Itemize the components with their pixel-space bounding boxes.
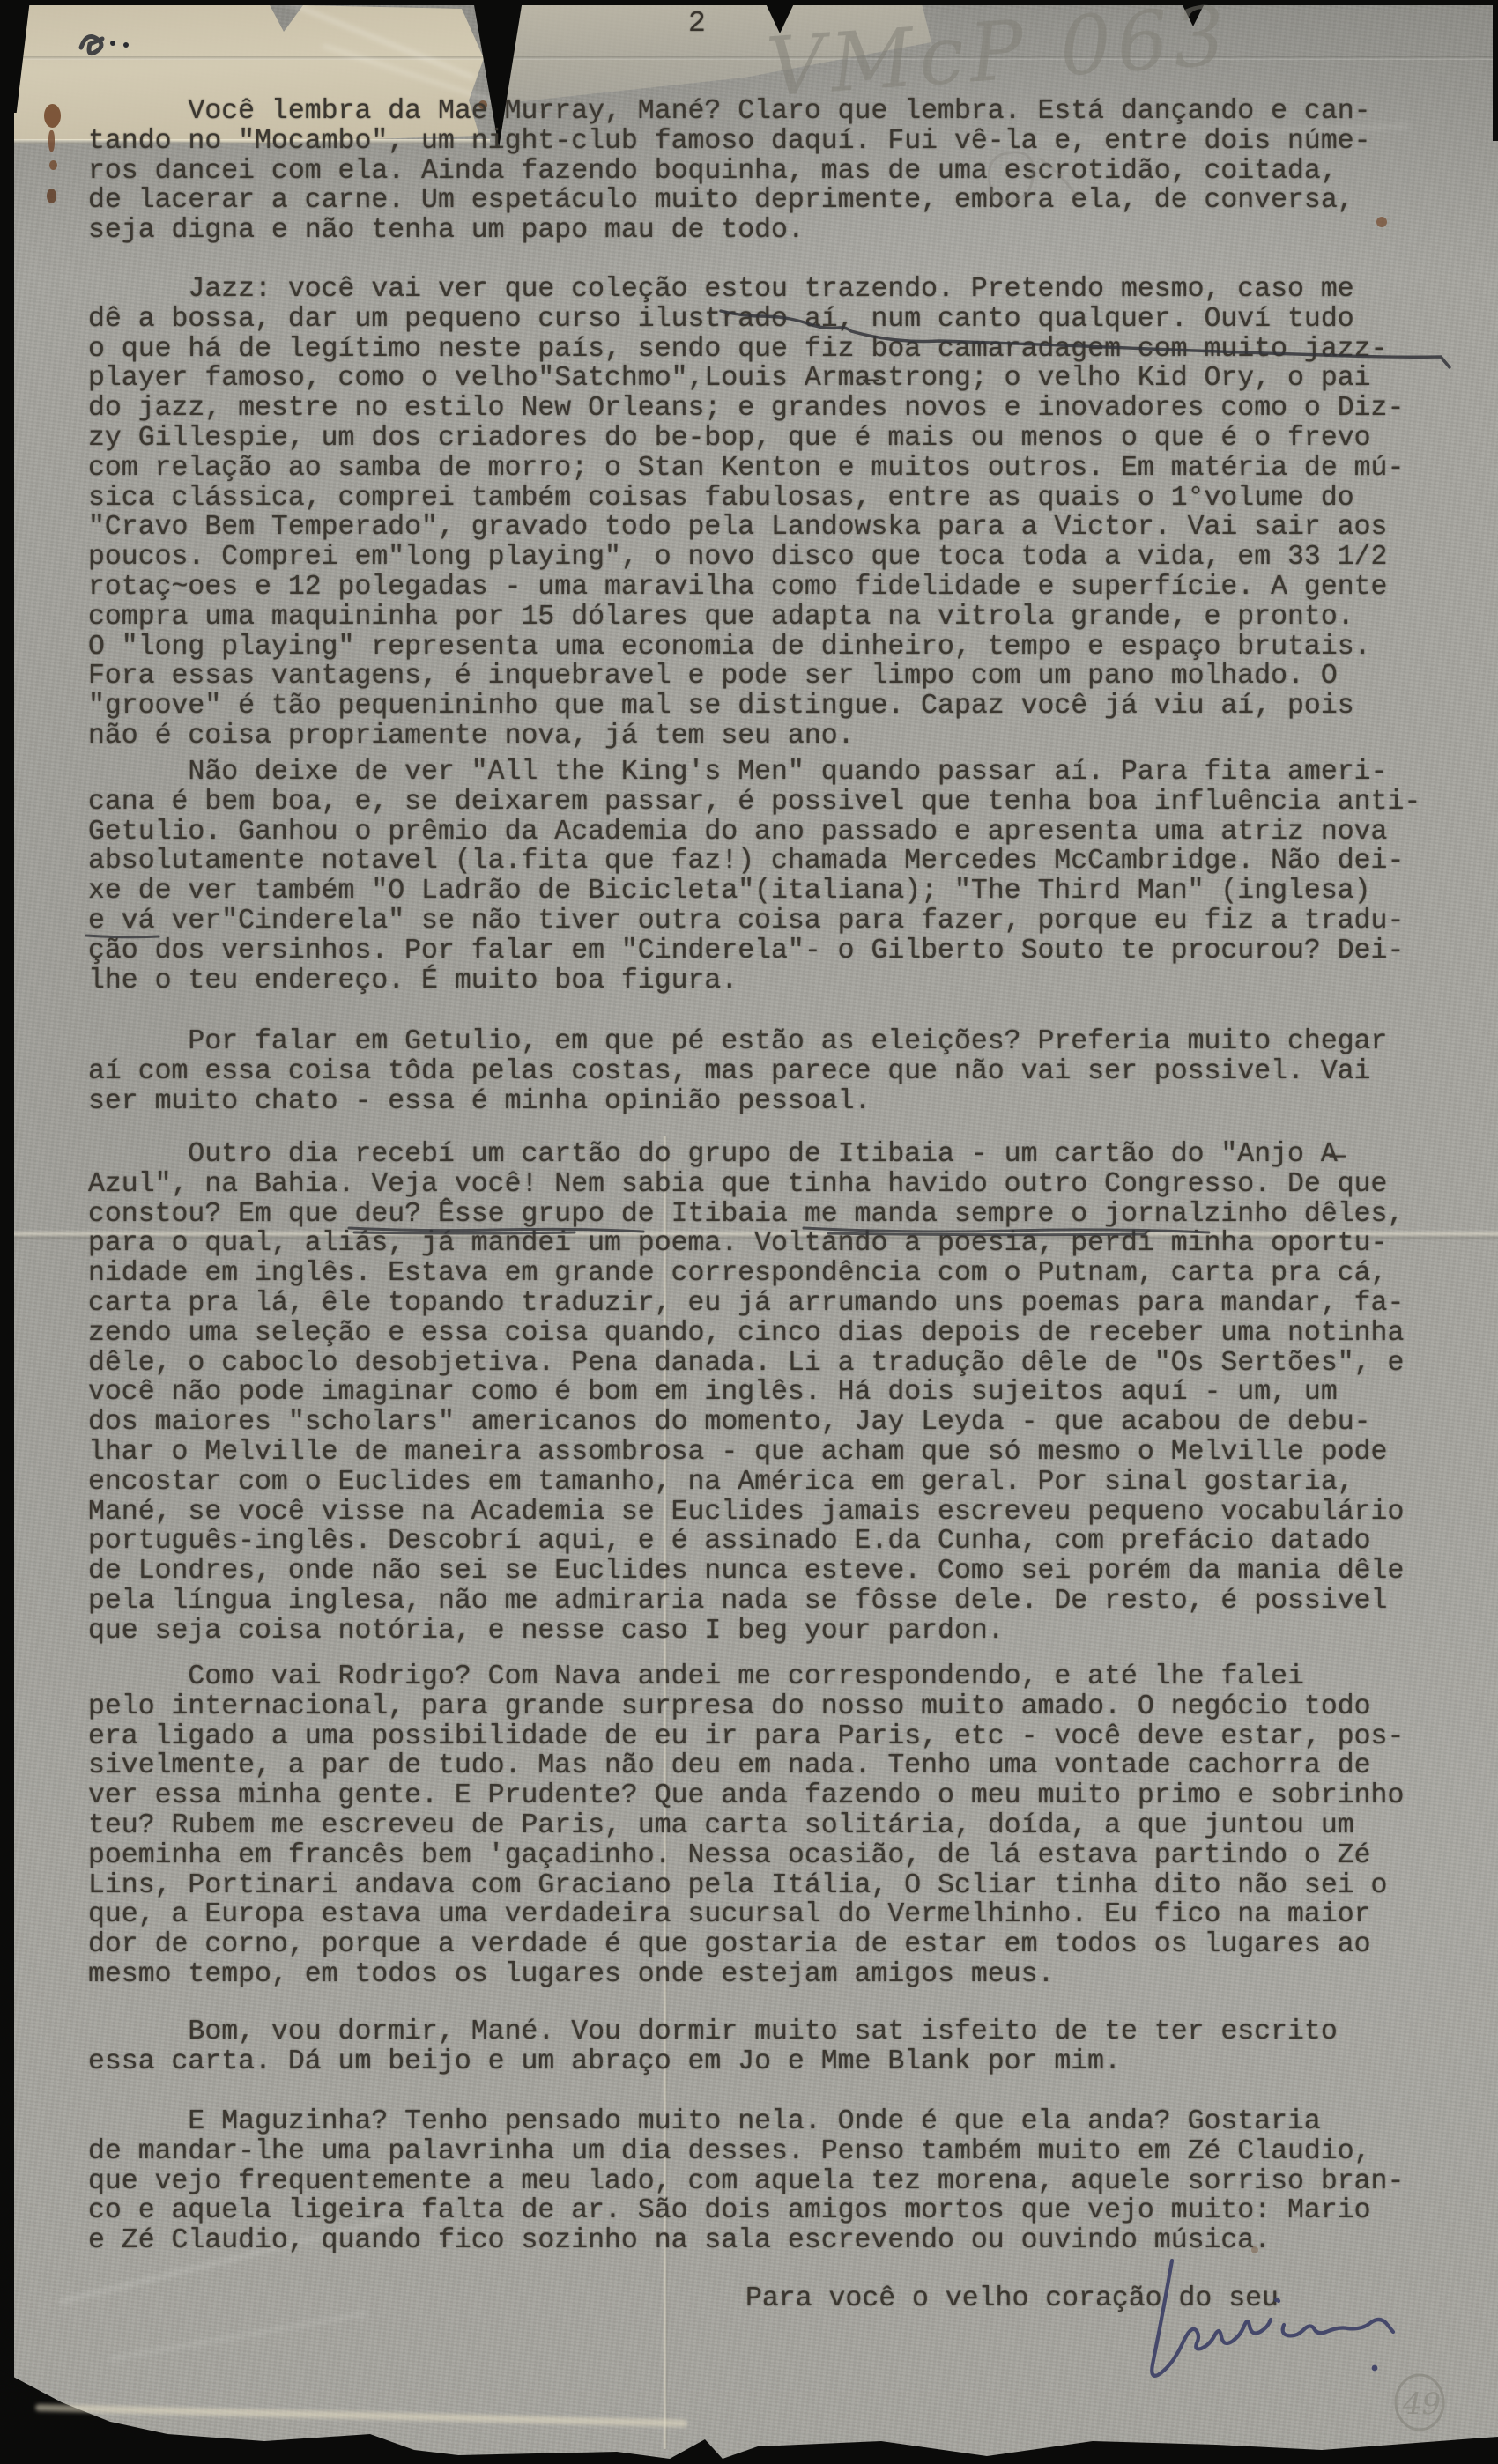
typed-line: Bom, vou dormir, Mané. Vou dormir muito … [88,2017,1463,2047]
typed-line: Você lembra da Mae Murray, Mané? Claro q… [88,97,1463,127]
paragraph: Outro dia recebí um cartão do grupo de I… [88,1140,1463,1646]
typed-line: absolutamente notavel (la.fita que faz!)… [88,847,1463,877]
typed-line: de Londres, onde não sei se Euclides nun… [88,1557,1463,1587]
typed-line: Azul", na Bahia. Veja você! Nem sabia qu… [88,1170,1463,1200]
typed-line: era ligado a uma possibilidade de eu ir … [88,1722,1463,1752]
typed-line: tando no "Mocambo", um night-club famoso… [88,127,1463,157]
typed-line: ção dos versinhos. Por falar em "Cindere… [88,936,1463,966]
typed-line: co e aquela ligeira falta de ar. São doi… [88,2196,1463,2226]
typed-line: dêle, o caboclo desobjetiva. Pena danada… [88,1349,1463,1379]
typed-line: player famoso, como o velho"Satchmo",Lou… [88,364,1463,394]
paragraph: Jazz: você vai ver que coleção estou tra… [88,275,1463,751]
typed-line: "Cravo Bem Temperado", gravado todo pela… [88,513,1463,543]
typed-line: zendo uma seleção e essa coisa quando, c… [88,1319,1463,1349]
typed-line: dê a bossa, dar um pequeno curso ilustra… [88,305,1463,335]
typed-line: Como vai Rodrigo? Com Nava andei me corr… [88,1662,1463,1692]
typed-line: de lacerar a carne. Um espetáculo muito … [88,186,1463,216]
typed-line: que vejo frequentemente a meu lado, com … [88,2167,1463,2197]
typed-line: compra uma maquininha por 15 dólares que… [88,603,1463,633]
typed-line: dor de corno, porque a verdade é que gos… [88,1930,1463,1960]
typed-line: pelo internacional, para grande surpresa… [88,1692,1463,1722]
typed-line: cana é bem boa, e, se deixarem passar, é… [88,788,1463,818]
typed-line: carta pra lá, êle topando traduzir, eu j… [88,1289,1463,1319]
typed-line: com relação ao samba de morro; o Stan Ke… [88,454,1463,484]
typed-line: não é coisa propriamente nova, já tem se… [88,721,1463,751]
typed-line: e Zé Claudio, quando fico sozinho na sal… [88,2226,1463,2256]
paragraph: Bom, vou dormir, Mané. Vou dormir muito … [88,2017,1463,2077]
typed-line: português-inglês. Descobrí aqui, e é ass… [88,1527,1463,1557]
typed-line: ver essa minha gente. E Prudente? Que an… [88,1781,1463,1811]
typed-line: constou? Em que deu? Êsse grupo de Itiba… [88,1200,1463,1230]
typed-line: sica clássica, comprei também coisas fab… [88,484,1463,514]
typed-line: para o qual, aliás, já mandei um poema. … [88,1229,1463,1259]
typed-line: xe de ver também "O Ladrão de Bicicleta"… [88,877,1463,906]
paragraph: E Maguzinha? Tenho pensado muito nela. O… [88,2107,1463,2256]
letter-body: Você lembra da Mae Murray, Mané? Claro q… [0,0,1498,2464]
typed-line: Jazz: você vai ver que coleção estou tra… [88,275,1463,305]
typed-line: você não pode imaginar como é bom em ing… [88,1378,1463,1408]
typed-line: lhar o Melville de maneira assombrosa - … [88,1438,1463,1468]
typed-line: e vá ver"Cinderela" se não tiver outra c… [88,906,1463,936]
typed-line: nidade em inglês. Estava em grande corre… [88,1259,1463,1289]
typed-line: encostar com o Euclides em tamanho, na A… [88,1468,1463,1498]
typed-line: zy Gillespie, um dos criadores do be-bop… [88,424,1463,454]
typed-line: O "long playing" representa uma economia… [88,633,1463,662]
typed-line: Mané, se você visse na Academia se Eucli… [88,1498,1463,1528]
typed-line: rotaç~oes e 12 polegadas - uma maravilha… [88,573,1463,603]
typed-line: E Maguzinha? Tenho pensado muito nela. O… [88,2107,1463,2137]
paragraph: Por falar em Getulio, em que pé estão as… [88,1027,1463,1116]
typed-line: dos maiores "scholars" americanos do mom… [88,1408,1463,1438]
typed-line: poeminha em francês bem 'gaçadinho. Ness… [88,1841,1463,1871]
typed-line: poucos. Comprei em"long playing", o novo… [88,543,1463,573]
typed-line: pela língua inglesa, não me admiraria na… [88,1587,1463,1617]
typed-line: teu? Rubem me escreveu de Paris, uma car… [88,1811,1463,1841]
typed-line: lhe o teu endereço. É muito boa figura. [88,966,1463,996]
typed-line: Lins, Portinari andava com Graciano pela… [88,1871,1463,1901]
typed-line: "groove" é tão pequenininho que mal se d… [88,692,1463,721]
paragraph: Não deixe de ver "All the King's Men" qu… [88,758,1463,995]
typed-line: o que há de legítimo neste país, sendo q… [88,335,1463,365]
typed-line: seja digna e não tenha um papo mau de to… [88,216,1463,246]
paragraph: Você lembra da Mae Murray, Mané? Claro q… [88,97,1463,246]
typed-line: aí com essa coisa tôda pelas costas, mas… [88,1057,1463,1087]
typed-line: Por falar em Getulio, em que pé estão as… [88,1027,1463,1057]
typed-line: essa carta. Dá um beijo e um abraço em J… [88,2047,1463,2077]
typed-line: Outro dia recebí um cartão do grupo de I… [88,1140,1463,1170]
typed-line: Fora essas vantagens, é inquebravel e po… [88,662,1463,692]
scanned-letter-page: 2 Você lembra da Mae Murray, Mané? Claro… [0,0,1498,2464]
typed-line: de mandar-lhe uma palavrinha um dia dess… [88,2137,1463,2167]
typed-line: que, a Europa estava uma verdadeira sucu… [88,1900,1463,1930]
typed-line: mesmo tempo, em todos os lugares onde es… [88,1960,1463,1990]
typed-line: que seja coisa notória, e nesse caso I b… [88,1617,1463,1646]
typed-line: sivelmente, a par de tudo. Mas não deu e… [88,1751,1463,1781]
closing-line: Para você o velho coração do seu [745,2283,1279,2314]
typed-line: ser muito chato - essa é minha opinião p… [88,1087,1463,1117]
typed-line: do jazz, mestre no estilo New Orleans; e… [88,394,1463,424]
typed-line: ros dancei com ela. Ainda fazendo boquin… [88,157,1463,187]
typed-line: Getulio. Ganhou o prêmio da Academia do … [88,818,1463,847]
paragraph: Como vai Rodrigo? Com Nava andei me corr… [88,1662,1463,1990]
typed-line: Não deixe de ver "All the King's Men" qu… [88,758,1463,788]
